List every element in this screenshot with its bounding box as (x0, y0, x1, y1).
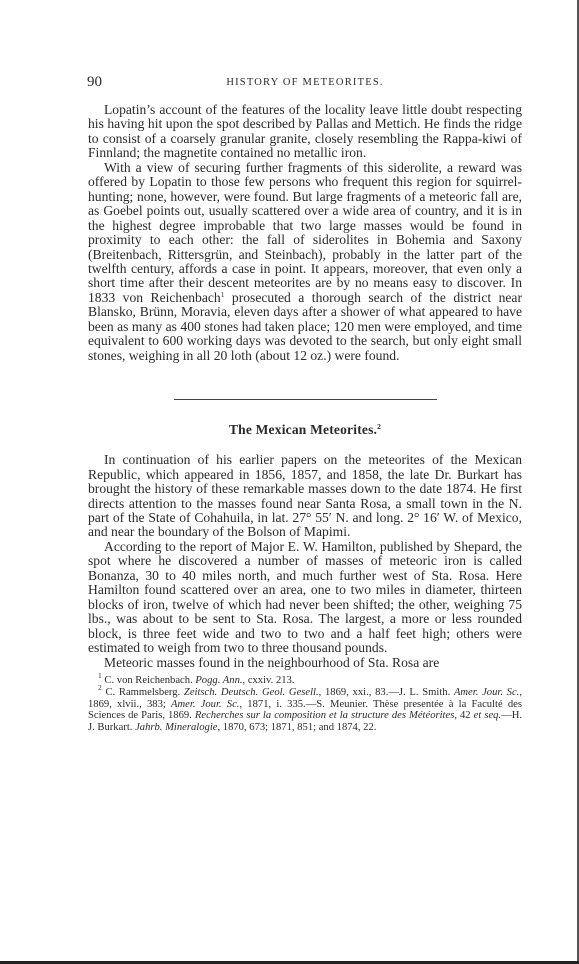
section-heading-text: The Mexican Meteorites. (229, 422, 377, 437)
paragraph: Meteoric masses found in the neighbourho… (88, 656, 522, 670)
footnote-2: 2 C. Rammelsberg. Zeitsch. Deutsch. Geol… (88, 687, 522, 734)
paragraph: With a view of securing further fragment… (88, 161, 522, 363)
paragraph: In continuation of his earlier papers on… (88, 453, 522, 540)
footnote-1: 1 C. von Reichenbach. Pogg. Ann., cxxiv.… (88, 675, 522, 687)
body-text: Lopatin’s account of the features of the… (88, 103, 522, 363)
footnote-journal: Amer. Jour. Sc. (454, 687, 519, 698)
section-body: In continuation of his earlier papers on… (88, 453, 522, 670)
footnote-text: C. Rammelsberg. (105, 687, 180, 698)
paragraph: Lopatin’s account of the features of the… (88, 103, 522, 161)
paragraph-text: With a view of securing further fragment… (88, 160, 522, 305)
footnote-journal: Recherches sur la com­position et la str… (195, 710, 454, 721)
footnote-text: , 1869, xxi., 83.—J. L. Smith. (319, 687, 451, 698)
running-title: HISTORY OF METEORITES. (88, 77, 522, 88)
section-divider (174, 399, 437, 400)
section-heading: The Mexican Meteorites.2 (88, 422, 522, 438)
footnote-marker: 1 (98, 671, 102, 680)
footnote-author: C. von Reichenbach. (104, 675, 192, 686)
paragraph: According to the report of Major E. W. H… (88, 540, 522, 656)
footnote-text: , 42 (454, 710, 470, 721)
footnote-marker: 2 (98, 683, 102, 692)
running-header: 90 HISTORY OF METEORITES. (88, 74, 522, 92)
footnote-latin: et seq. (474, 710, 501, 721)
footnote-journal: Jahrb. Mineralogie (135, 722, 217, 733)
footnote-journal: Amer. Jour. Sc. (171, 699, 239, 710)
footnote-citation: , cxxiv. 213. (243, 675, 295, 686)
footnotes: 1 C. von Reichenbach. Pogg. Ann., cxxiv.… (88, 675, 522, 734)
footnote-journal: Zeitsch. Deutsch. Geol. Gesell. (184, 687, 319, 698)
footnote-reference[interactable]: 2 (377, 422, 381, 431)
footnote-journal: Pogg. Ann. (195, 675, 242, 686)
footnote-text: , 1870, 673; 1871, 851; and 1874, 22. (217, 722, 376, 733)
book-page: 90 HISTORY OF METEORITES. Lopatin’s acco… (88, 74, 522, 734)
